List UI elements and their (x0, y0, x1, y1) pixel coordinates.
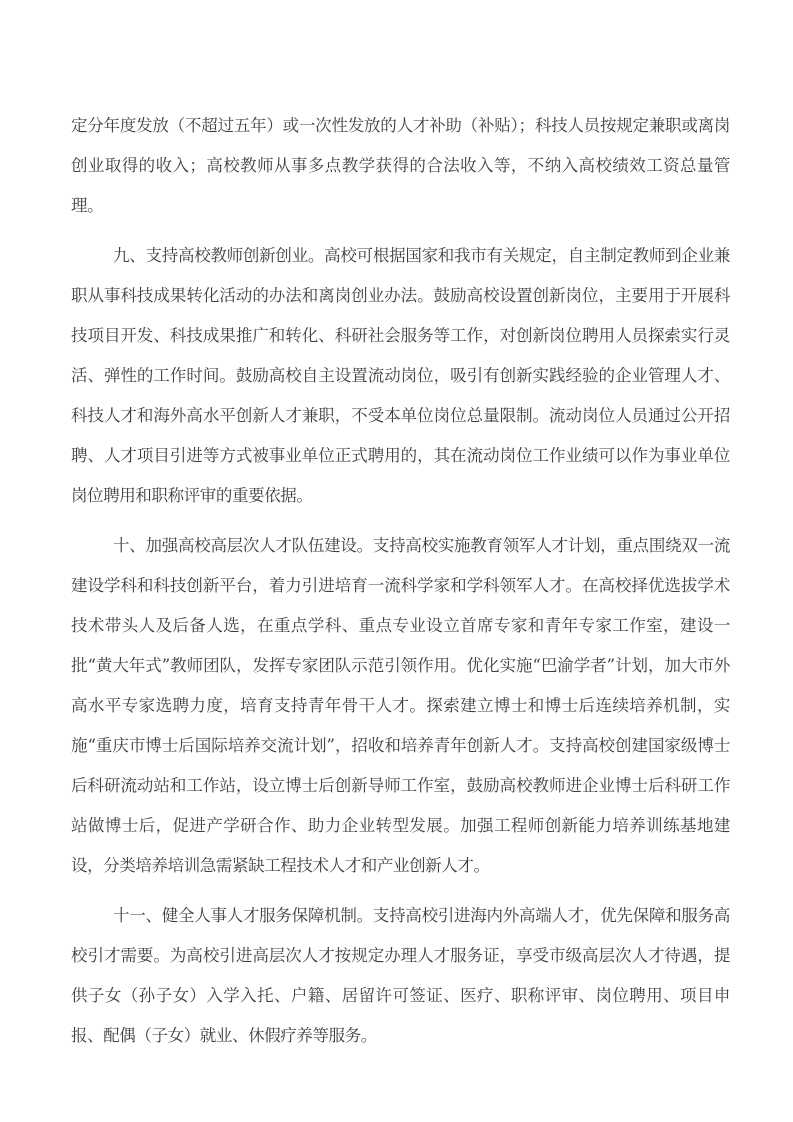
paragraph-clause-11: 十一、健全人事人才服务保障机制。支持高校引进海内外高端人才，优先保障和服务高校引… (71, 896, 730, 1056)
paragraph-clause-9: 九、支持高校教师创新创业。高校可根据国家和我市有关规定，自主制定教师到企业兼职从… (71, 236, 730, 516)
document-page: 定分年度发放（不超过五年）或一次性发放的人才补助（补贴）；科技人员按规定兼职或离… (0, 0, 793, 1122)
paragraph-continuation: 定分年度发放（不超过五年）或一次性发放的人才补助（补贴）；科技人员按规定兼职或离… (71, 106, 730, 226)
paragraph-clause-10: 十、加强高校高层次人才队伍建设。支持高校实施教育领军人才计划，重点围绕双一流建设… (71, 526, 730, 886)
